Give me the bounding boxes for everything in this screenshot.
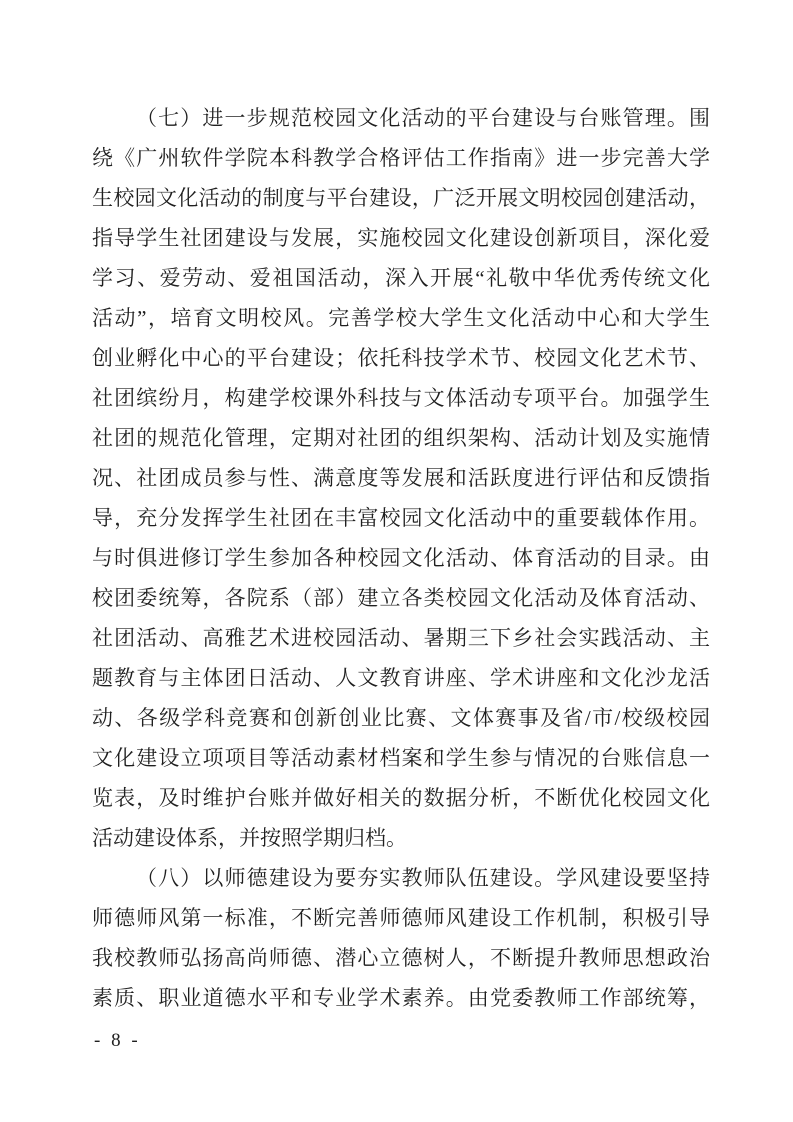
text-line: 社团的规范化管理，定期对社团的组织架构、活动计划及实施情 — [92, 418, 710, 458]
page-number: - 8 - — [94, 1029, 141, 1053]
text-line: 文化建设立项项目等活动素材档案和学生参与情况的台账信息一 — [92, 738, 710, 778]
text-line: 与时俱进修订学生参加各种校园文化活动、体育活动的目录。由 — [92, 538, 710, 578]
document-page: （七）进一步规范校园文化活动的平台建设与台账管理。围 绕《广州软件学院本科教学合… — [0, 0, 793, 1122]
document-body: （七）进一步规范校园文化活动的平台建设与台账管理。围 绕《广州软件学院本科教学合… — [92, 98, 710, 1018]
text-line: （八）以师德建设为要夯实教师队伍建设。学风建设要坚持 — [92, 858, 710, 898]
text-line: 题教育与主体团日活动、人文教育讲座、学术讲座和文化沙龙活 — [92, 658, 710, 698]
text-line: 览表，及时维护台账并做好相关的数据分析，不断优化校园文化 — [92, 778, 710, 818]
text-line: 师德师风第一标准，不断完善师德师风建设工作机制，积极引导 — [92, 898, 710, 938]
text-line: 活动建设体系，并按照学期归档。 — [92, 818, 710, 858]
text-line: 绕《广州软件学院本科教学合格评估工作指南》进一步完善大学 — [92, 138, 710, 178]
text-line: 创业孵化中心的平台建设；依托科技学术节、校园文化艺术节、 — [92, 338, 710, 378]
text-line: 素质、职业道德水平和专业学术素养。由党委教师工作部统筹， — [92, 978, 710, 1018]
text-line: （七）进一步规范校园文化活动的平台建设与台账管理。围 — [92, 98, 710, 138]
text-line: 我校教师弘扬高尚师德、潜心立德树人，不断提升教师思想政治 — [92, 938, 710, 978]
text-line: 生校园文化活动的制度与平台建设，广泛开展文明校园创建活动， — [92, 178, 710, 218]
text-line: 社团活动、高雅艺术进校园活动、暑期三下乡社会实践活动、主 — [92, 618, 710, 658]
text-line: 活动”，培育文明校风。完善学校大学生文化活动中心和大学生 — [92, 298, 710, 338]
text-line: 指导学生社团建设与发展，实施校园文化建设创新项目，深化爱 — [92, 218, 710, 258]
text-line: 动、各级学科竞赛和创新创业比赛、文体赛事及省/市/校级校园 — [92, 698, 710, 738]
text-line: 况、社团成员参与性、满意度等发展和活跃度进行评估和反馈指 — [92, 458, 710, 498]
text-line: 学习、爱劳动、爱祖国活动，深入开展“礼敬中华优秀传统文化 — [92, 258, 710, 298]
text-line: 社团缤纷月，构建学校课外科技与文体活动专项平台。加强学生 — [92, 378, 710, 418]
text-line: 校团委统筹，各院系（部）建立各类校园文化活动及体育活动、 — [92, 578, 710, 618]
text-line: 导，充分发挥学生社团在丰富校园文化活动中的重要载体作用。 — [92, 498, 710, 538]
